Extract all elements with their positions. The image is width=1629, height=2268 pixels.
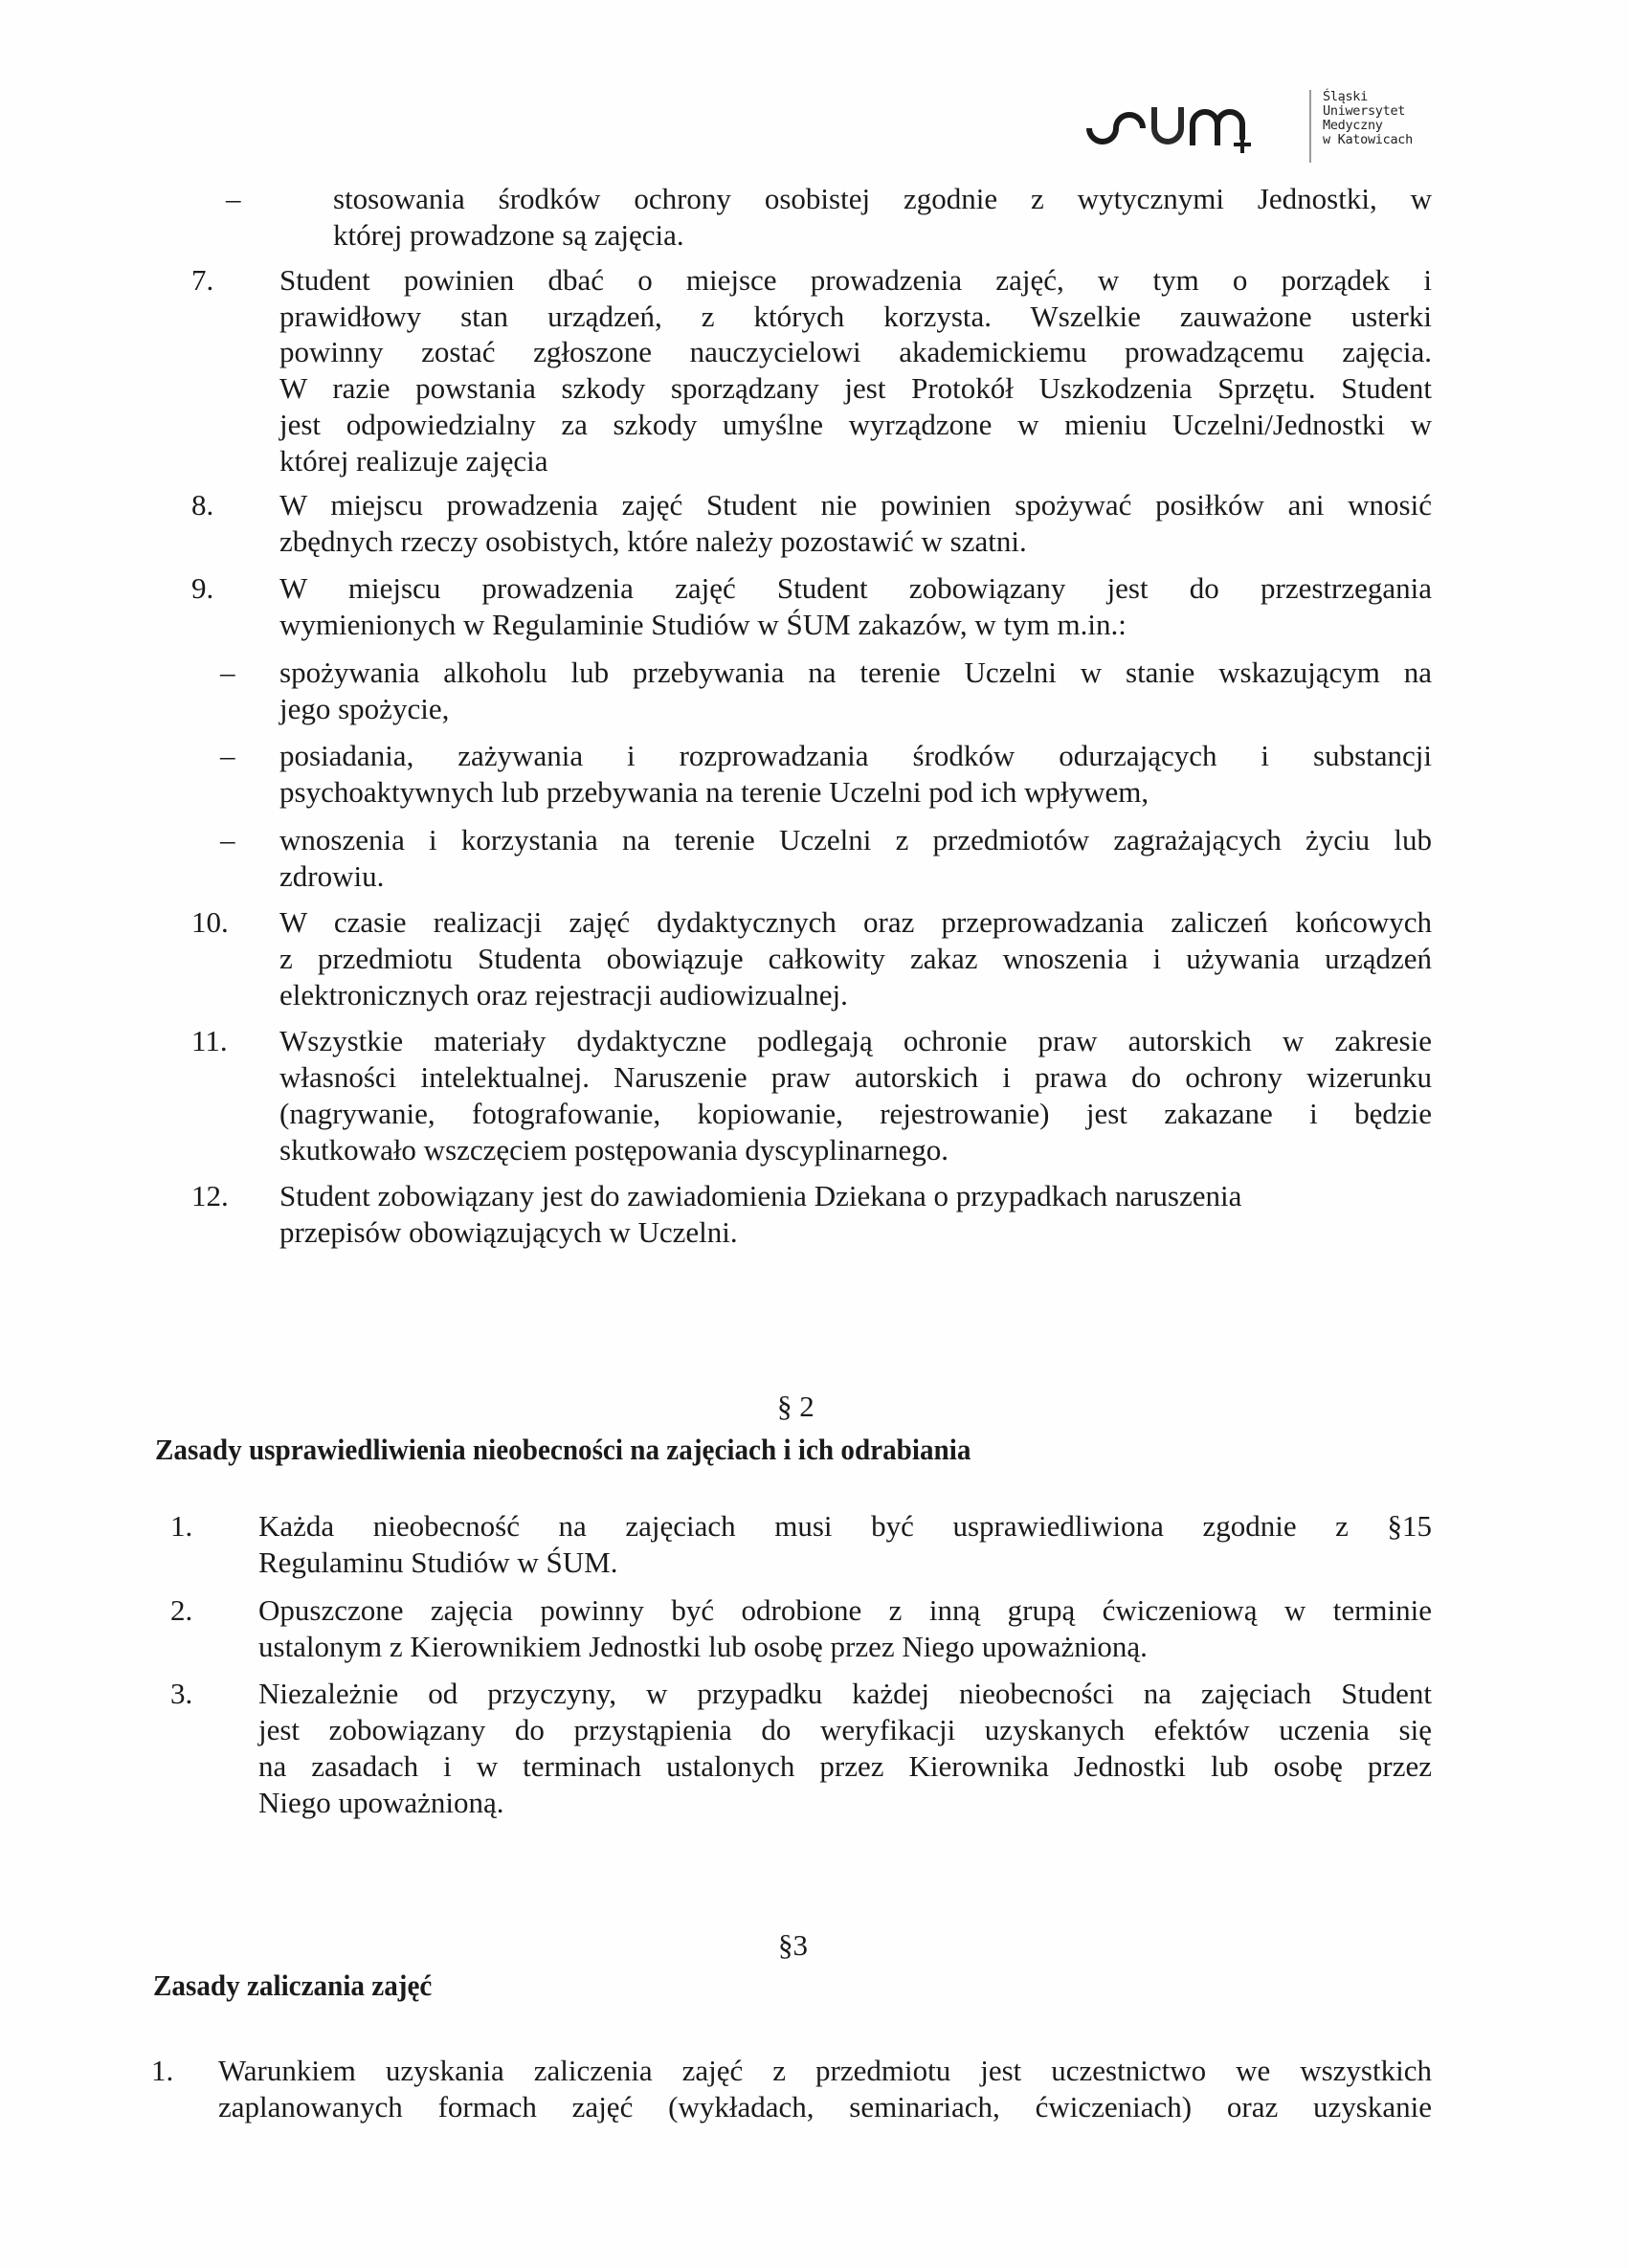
list-item-line: W czasie realizacji zajęć dydaktycznych … <box>279 905 1432 940</box>
list-item-line: na zasadach i w terminach ustalonych prz… <box>258 1749 1432 1784</box>
list-item-line: wymienionych w Regulaminie Studiów w ŚUM… <box>279 608 1127 642</box>
document-page: Śląski Uniwersytet Medyczny w Katowicach… <box>0 0 1629 2268</box>
list-item-line: jest zobowiązany do przystąpienia do wer… <box>258 1713 1432 1747</box>
section-heading: Zasady usprawiedliwienia nieobecności na… <box>155 1433 971 1467</box>
list-item-line: jego spożycie, <box>279 692 449 726</box>
list-item-line: własności intelektualnej. Naruszenie pra… <box>279 1060 1432 1095</box>
list-item-line: Regulaminu Studiów w ŚUM. <box>258 1545 617 1580</box>
list-number: 1. <box>151 2054 173 2088</box>
list-dash-marker: – <box>220 739 235 773</box>
list-number: 7. <box>191 263 213 298</box>
list-item-line: zdrowiu. <box>279 859 384 894</box>
logo-text-line: Medyczny <box>1323 119 1413 133</box>
list-item-line: spożywania alkoholu lub przebywania na t… <box>279 656 1432 690</box>
list-number: 8. <box>191 488 213 523</box>
section-heading: Zasady zaliczania zajęć <box>153 1968 432 2003</box>
list-item-line: Niezależnie od przyczyny, w przypadku ka… <box>258 1677 1432 1711</box>
list-number: 12. <box>191 1179 229 1213</box>
list-item-line: Student zobowiązany jest do zawiadomieni… <box>279 1179 1241 1213</box>
list-number: 9. <box>191 571 213 606</box>
list-item-line: przepisów obowiązujących w Uczelni. <box>279 1215 738 1250</box>
list-item-line: zbędnych rzeczy osobistych, które należy… <box>279 524 1027 559</box>
list-item-line: powinny zostać zgłoszone nauczycielowi a… <box>279 335 1432 369</box>
list-item-line: psychoaktywnych lub przebywania na teren… <box>279 775 1149 810</box>
list-item-line: której prowadzone są zajęcia. <box>333 218 684 253</box>
university-logo: Śląski Uniwersytet Medyczny w Katowicach <box>1082 88 1464 165</box>
logo-text-line: w Katowicach <box>1323 133 1413 147</box>
logo-divider <box>1309 90 1311 163</box>
list-item-line: Student powinien dbać o miejsce prowadze… <box>279 263 1432 298</box>
list-item-line: stosowania środków ochrony osobistej zgo… <box>333 182 1432 216</box>
list-number: 3. <box>170 1677 192 1711</box>
list-item-line: posiadania, zażywania i rozprowadzania ś… <box>279 739 1432 773</box>
list-item-line: Opuszczone zajęcia powinny być odrobione… <box>258 1593 1432 1628</box>
logo-text: Śląski Uniwersytet Medyczny w Katowicach <box>1323 90 1413 147</box>
list-item-line: (nagrywanie, fotografowanie, kopiowanie,… <box>279 1097 1432 1131</box>
list-item-line: W miejscu prowadzenia zajęć Student zobo… <box>279 571 1432 606</box>
list-item-line: której realizuje zajęcia <box>279 444 548 478</box>
section-symbol: §3 <box>778 1928 808 1963</box>
list-dash-marker: – <box>226 182 241 216</box>
logo-text-line: Uniwersytet <box>1323 104 1413 119</box>
list-item-line: zaplanowanych formach zajęć (wykładach, … <box>218 2090 1432 2124</box>
list-number: 11. <box>191 1024 228 1058</box>
list-number: 1. <box>170 1509 192 1544</box>
list-item-line: Wszystkie materiały dydaktyczne podlegaj… <box>279 1024 1432 1058</box>
sum-logo-icon <box>1082 98 1273 155</box>
list-item-line: z przedmiotu Studenta obowiązuje całkowi… <box>279 942 1432 976</box>
list-item-line: elektronicznych oraz rejestracji audiowi… <box>279 978 848 1012</box>
list-item-line: Niego upoważnioną. <box>258 1786 504 1820</box>
logo-text-line: Śląski <box>1323 90 1413 104</box>
list-item-line: W razie powstania szkody sporządzany jes… <box>279 371 1432 406</box>
list-item-line: Każda nieobecność na zajęciach musi być … <box>258 1509 1432 1544</box>
list-item-line: W miejscu prowadzenia zajęć Student nie … <box>279 488 1432 523</box>
list-item-line: Warunkiem uzyskania zaliczenia zajęć z p… <box>218 2054 1432 2088</box>
list-number: 2. <box>170 1593 192 1628</box>
list-item-line: wnoszenia i korzystania na terenie Uczel… <box>279 823 1432 857</box>
list-dash-marker: – <box>220 823 235 857</box>
section-symbol: § 2 <box>777 1390 814 1424</box>
list-dash-marker: – <box>220 656 235 690</box>
list-item-line: jest odpowiedzialny za szkody umyślne wy… <box>279 408 1432 442</box>
list-item-line: ustalonym z Kierownikiem Jednostki lub o… <box>258 1630 1148 1664</box>
list-item-line: prawidłowy stan urządzeń, z których korz… <box>279 300 1432 334</box>
list-number: 10. <box>191 905 229 940</box>
list-item-line: skutkowało wszczęciem postępowania dyscy… <box>279 1133 948 1167</box>
